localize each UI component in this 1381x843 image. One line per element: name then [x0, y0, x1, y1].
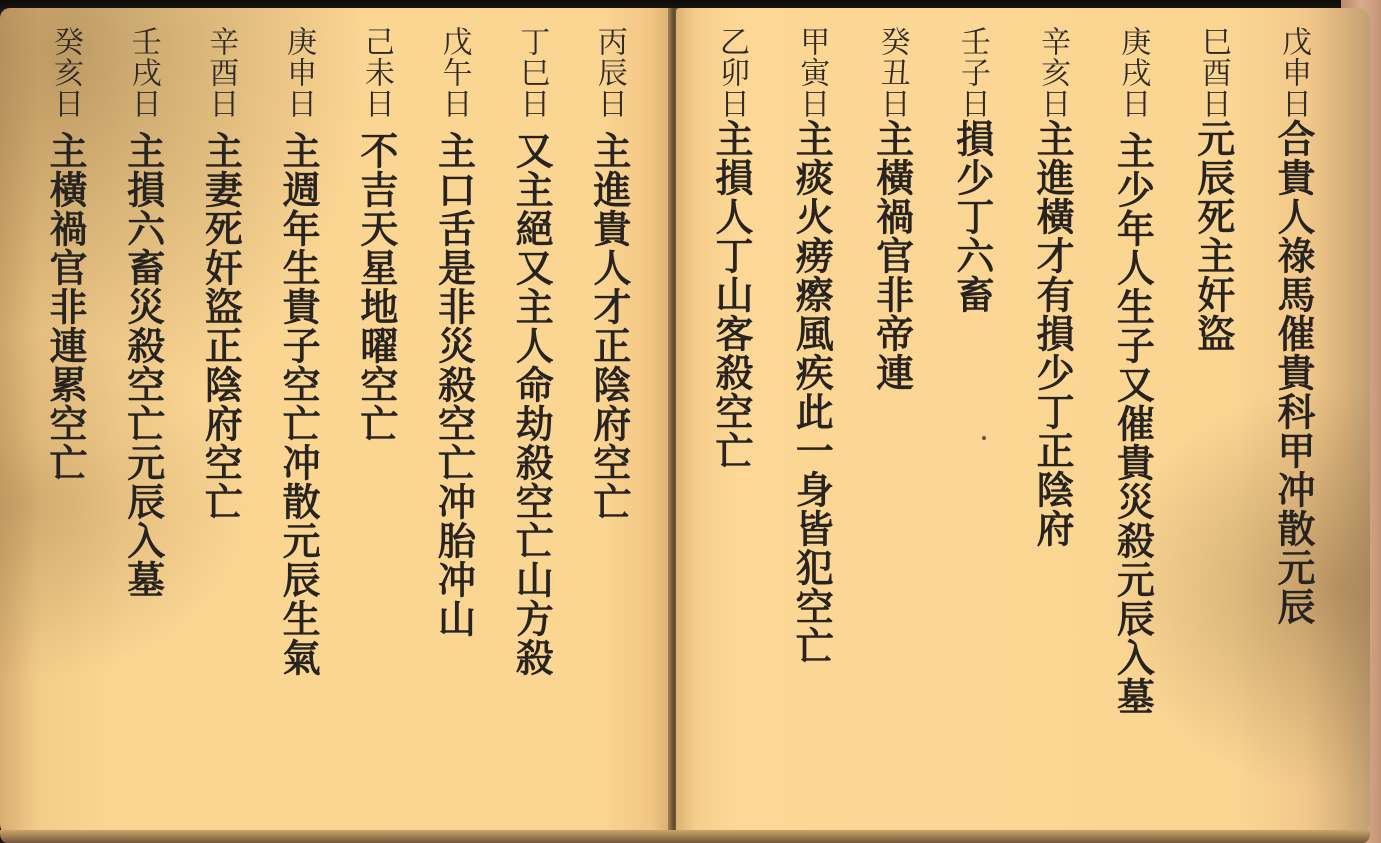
ink-spot: [982, 436, 986, 440]
column-text: 主進貴人才正陰府空亡: [587, 131, 632, 521]
day-label: 戊申日: [1276, 26, 1311, 119]
column-text: 主進橫才有損少丁正陰府: [1030, 119, 1075, 548]
day-label: 癸亥日: [48, 26, 83, 119]
day-label: 戊午日: [437, 26, 472, 119]
column-text: 主痰火痨瘵風疾此一身皆犯空亡: [789, 119, 834, 665]
book-bottom-edge: [0, 830, 1370, 843]
text-column: 己未日不吉天星地曜空亡: [349, 26, 395, 818]
left-page: 丙辰日主進貴人才正陰府空亡 丁巳日又主絕又主人命劫殺空亡山方殺 戊午日主口舌是非…: [0, 8, 672, 838]
day-label: 丙辰日: [592, 26, 627, 119]
day-label: 甲寅日: [794, 26, 829, 119]
text-column: 癸丑日主橫禍官非帝連: [865, 26, 911, 818]
text-column: 辛酉日主妻死奸盜正陰府空亡: [193, 26, 239, 818]
column-text: 元辰死主奸盜: [1191, 119, 1236, 353]
column-text: 主橫禍官非連累空亡: [43, 131, 88, 482]
day-label: 丁巳日: [514, 26, 549, 119]
column-text: 合貴人祿馬催貴科甲冲散元辰: [1271, 119, 1316, 626]
column-text: 損少丁六畜: [950, 119, 995, 314]
text-column: 壬子日損少丁六畜: [945, 26, 991, 818]
column-text: 主損人丁山客殺空亡: [709, 119, 754, 470]
text-column: 庚申日主週年生貴子空亡冲散元辰生氣: [271, 26, 317, 818]
text-column: 乙卯日主損人丁山客殺空亡: [704, 26, 750, 818]
text-column: 壬戌日主損六畜災殺空亡元辰入墓: [116, 26, 162, 818]
column-text: 主損六畜災殺空亡元辰入墓: [121, 131, 166, 599]
day-label: 壬子日: [955, 26, 990, 119]
day-label: 辛亥日: [1035, 26, 1070, 119]
open-book: 丙辰日主進貴人才正陰府空亡 丁巳日又主絕又主人命劫殺空亡山方殺 戊午日主口舌是非…: [0, 8, 1370, 838]
text-column: 戊申日合貴人祿馬催貴科甲冲散元辰: [1266, 26, 1312, 818]
text-column: 甲寅日主痰火痨瘵風疾此一身皆犯空亡: [784, 26, 830, 818]
day-label: 乙卯日: [714, 26, 749, 119]
day-label: 壬戌日: [126, 26, 161, 119]
column-text: 主橫禍官非帝連: [870, 119, 915, 392]
text-column: 巳酉日元辰死主奸盜: [1186, 26, 1232, 818]
day-label: 巳酉日: [1196, 26, 1231, 119]
right-page: 戊申日合貴人祿馬催貴科甲冲散元辰 巳酉日元辰死主奸盜 庚戌日主少年人生子又催貴災…: [676, 8, 1370, 838]
column-text: 又主絕又主人命劫殺空亡山方殺: [509, 131, 554, 677]
column-text: 主週年生貴子空亡冲散元辰生氣: [276, 131, 321, 677]
text-column: 庚戌日主少年人生子又催貴災殺元辰入墓: [1105, 26, 1151, 818]
text-column: 戊午日主口舌是非災殺空亡冲胎冲山: [427, 26, 473, 818]
text-column: 丁巳日又主絕又主人命劫殺空亡山方殺: [504, 26, 550, 818]
day-label: 己未日: [359, 26, 394, 119]
column-text: 不吉天星地曜空亡: [354, 131, 399, 443]
day-label: 庚戌日: [1115, 26, 1150, 119]
left-page-columns: 丙辰日主進貴人才正陰府空亡 丁巳日又主絕又主人命劫殺空亡山方殺 戊午日主口舌是非…: [38, 26, 628, 818]
day-label: 癸丑日: [875, 26, 910, 119]
column-text: 主妻死奸盜正陰府空亡: [198, 131, 243, 521]
text-column: 辛亥日主進橫才有損少丁正陰府: [1025, 26, 1071, 818]
right-page-columns: 戊申日合貴人祿馬催貴科甲冲散元辰 巳酉日元辰死主奸盜 庚戌日主少年人生子又催貴災…: [704, 26, 1312, 818]
day-label: 庚申日: [281, 26, 316, 119]
text-column: 丙辰日主進貴人才正陰府空亡: [582, 26, 628, 818]
column-text: 主少年人生子又催貴災殺元辰入墓: [1110, 131, 1155, 716]
text-column: 癸亥日主橫禍官非連累空亡: [38, 26, 84, 818]
column-text: 主口舌是非災殺空亡冲胎冲山: [432, 131, 477, 638]
day-label: 辛酉日: [203, 26, 238, 119]
